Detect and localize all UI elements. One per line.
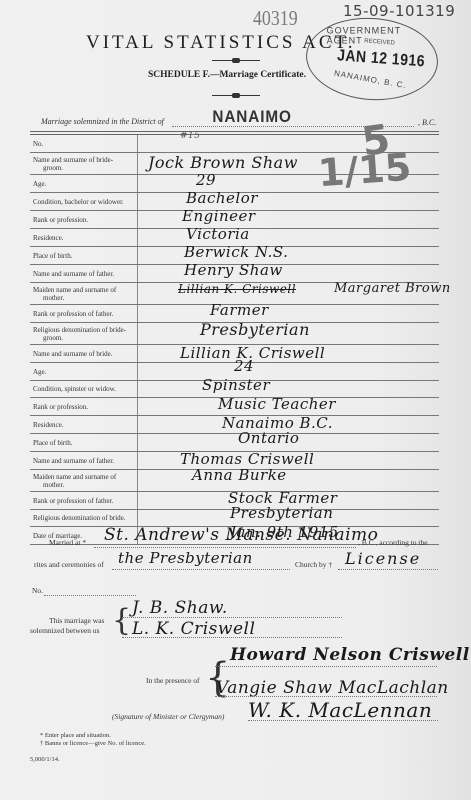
row-value: Ontario: [238, 429, 299, 447]
church-line: [338, 569, 438, 570]
row-label: Rank or profession.: [33, 216, 137, 224]
row-value-struck: Lillian K. Criswell: [178, 282, 296, 296]
row-label: Rank or profession.: [33, 403, 137, 411]
government-agent-stamp: GOVERNMENT AGENT RECEIVED JAN 12 1916 NA…: [303, 13, 440, 104]
row-value: Presbyterian: [200, 320, 310, 339]
witness-1-line: [215, 666, 437, 667]
marriage-certificate-page: 40319 15-09-101319 VITAL STATISTICS ACT.…: [0, 0, 471, 800]
married-at-line: [94, 547, 356, 548]
row-value: Anna Burke: [192, 466, 287, 484]
row-label-cont: mother.: [33, 294, 137, 302]
footnote-1: * Enter place and situation.: [40, 732, 111, 739]
registration-number: 40319: [253, 6, 298, 31]
bride-signature: L. K. Criswell: [132, 619, 255, 639]
row-label: Religious denomination of bride-: [33, 326, 137, 334]
solemnized-label-1: This marriage was: [49, 616, 104, 625]
row-value: Farmer: [210, 301, 269, 319]
ornament-divider: [212, 60, 260, 61]
row-label: Residence.: [33, 421, 137, 429]
row-label-cont: groom.: [33, 334, 137, 342]
row-value: Bachelor: [186, 189, 258, 207]
brace-glyph: {: [112, 606, 131, 636]
row-label: Condition, bachelor or widower.: [33, 198, 137, 206]
row-value: Spinster: [202, 376, 270, 394]
district-label: Marriage solemnized in the District of: [41, 117, 164, 126]
witness-1-signature: Howard Nelson Criswell: [230, 645, 470, 665]
row-value: 24: [234, 357, 254, 375]
groom-signature: J. B. Shaw.: [132, 598, 228, 618]
witness-2-signature: Vangie Shaw MacLachlan: [216, 678, 449, 698]
row-label: Place of birth.: [33, 252, 137, 260]
form-row: Religious denomination of bride-groom. P…: [30, 323, 439, 345]
row-label: No.: [33, 140, 137, 148]
minister-label: (Signature of Minister or Clergyman): [112, 712, 224, 721]
licence-no-label: No.: [32, 586, 43, 595]
married-at-suffix: , B.C., according to the: [358, 538, 428, 547]
row-value: 29: [196, 171, 216, 189]
rites-line: [112, 569, 290, 570]
witnesses-label: In the presence of: [146, 676, 200, 685]
row-value: #15: [180, 131, 201, 141]
row-value: Music Teacher: [218, 395, 336, 413]
stamp-date: JAN 12 1916: [337, 45, 426, 69]
church-value: License: [345, 549, 421, 568]
row-value: Engineer: [182, 207, 256, 225]
row-label: Name and surname of father.: [33, 457, 137, 465]
row-value: Henry Shaw: [184, 261, 283, 279]
document-subtitle: SCHEDULE F.—Marriage Certificate.: [148, 70, 306, 80]
church-label: Church by †: [295, 560, 332, 569]
rites-label: rites and ceremonies of: [34, 560, 104, 569]
row-label-cont: mother.: [33, 481, 137, 489]
witness-2-line: [215, 696, 437, 697]
minister-signature: W. K. MacLennan: [248, 698, 432, 722]
row-label: Rank or profession of father.: [33, 310, 137, 318]
married-at-value: St. Andrew's Manse. Nanaimo: [104, 525, 378, 545]
pencil-annotation-bottom: 1/15: [317, 145, 413, 195]
ornament-divider: [212, 95, 260, 96]
print-code: 5,000/1/14.: [30, 756, 60, 763]
row-label: Place of birth.: [33, 439, 137, 447]
row-value: Presbyterian: [230, 504, 333, 522]
row-value: Berwick N.S.: [184, 243, 288, 261]
row-label: Age.: [33, 180, 137, 188]
rites-value: the Presbyterian: [118, 549, 253, 567]
row-label: Maiden name and surname of: [33, 286, 137, 294]
row-label: Residence.: [33, 234, 137, 242]
row-label: Name and surname of bride-: [33, 156, 137, 164]
row-label-cont: groom.: [33, 164, 137, 172]
row-label: Name and surname of bride.: [33, 350, 137, 358]
row-value: Jock Brown Shaw: [148, 153, 298, 172]
row-label: Rank or profession of father.: [33, 497, 137, 505]
row-label: Religious denomination of bride.: [33, 514, 137, 522]
row-value: Victoria: [186, 225, 250, 243]
licence-no-line: [44, 595, 136, 596]
form-row: Residence. Nanaimo B.C.: [30, 416, 439, 434]
footnote-2: † Banns or licence—give No. of licence.: [40, 740, 146, 747]
row-label: Name and surname of father.: [33, 270, 137, 278]
row-label: Maiden name and surname of: [33, 473, 137, 481]
district-suffix: , B.C.: [418, 118, 436, 127]
married-at-label: Married at *: [49, 538, 86, 547]
row-value: Margaret Brown: [334, 281, 451, 296]
stamp-bottom-text: NANAIMO, B. C.: [333, 69, 407, 91]
certificate-form-table: No. #15 Name and surname of bride-groom.…: [30, 131, 439, 545]
district-value: NANAIMO: [212, 107, 291, 127]
minister-line: [248, 720, 438, 721]
row-label: Age.: [33, 368, 137, 376]
solemnized-label-2: solemnized between us: [30, 626, 100, 635]
row-label: Condition, spinster or widow.: [33, 385, 137, 393]
